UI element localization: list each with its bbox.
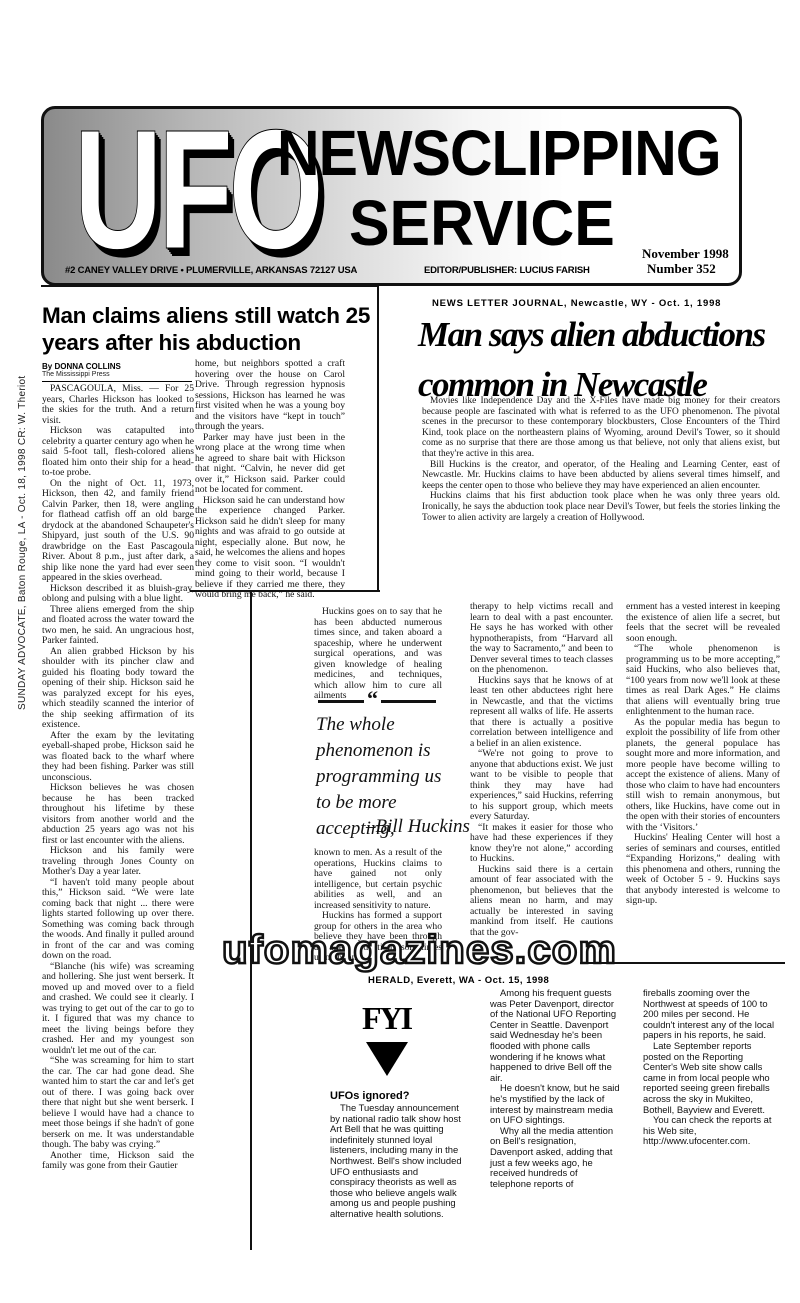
publication-title-line1: NEWSCLIPPING — [277, 121, 721, 185]
fyi-article-column-1: The Tuesday announcement by national rad… — [330, 1103, 465, 1220]
paragraph: After the exam by the levitating eyeball… — [42, 731, 194, 784]
paragraph: Movies like Independence Day and the X-F… — [422, 396, 780, 460]
divider-fyi-top — [580, 962, 785, 964]
paragraph: ernment has a vested interest in keeping… — [626, 602, 780, 644]
paragraph: “We're not going to prove to anyone that… — [470, 749, 613, 823]
paragraph: “She was screaming for him to start the … — [42, 1056, 194, 1151]
paragraph: Huckins says that he knows of at least t… — [470, 676, 613, 750]
fyi-article-headline: UFOs ignored? — [330, 1090, 409, 1102]
fyi-article-column-3: fireballs zooming over the Northwest at … — [643, 988, 778, 1147]
paragraph: home, but neighbors spotted a craft hove… — [195, 359, 345, 433]
watermark: ufomagazines.com — [222, 930, 617, 970]
byline-author: By DONNA COLLINS — [42, 362, 121, 371]
masthead: UFO NEWSCLIPPING SERVICE November 1998 N… — [41, 106, 742, 286]
issue-number: Number 352 — [647, 261, 716, 277]
publisher-address: #2 CANEY VALLEY DRIVE • PLUMERVILLE, ARK… — [65, 265, 357, 276]
paragraph: Parker may have just been in the wrong p… — [195, 433, 345, 496]
left-article-column-1: PASCAGOULA, Miss. — For 25 years, Charle… — [42, 384, 194, 1172]
fyi-logo: FYI — [362, 1000, 411, 1037]
pull-quote-attribution: –Bill Huckins — [366, 816, 470, 838]
byline-divider — [42, 381, 192, 382]
paragraph: Huckins' Healing Center will host a seri… — [626, 833, 780, 907]
paragraph: “It makes it easier for those who have h… — [470, 823, 613, 865]
paragraph: Hickson was catapulted into celebrity a … — [42, 426, 194, 479]
down-arrow-icon — [366, 1042, 408, 1076]
right-article-source: NEWS LETTER JOURNAL, Newcastle, WY - Oct… — [432, 298, 721, 309]
paragraph: Why all the media attention on Bell's re… — [490, 1126, 620, 1190]
paragraph: fireballs zooming over the Northwest at … — [643, 988, 778, 1041]
byline-source: The Mississippi Press — [42, 371, 110, 378]
paragraph: therapy to help victims recall and learn… — [470, 602, 613, 676]
paragraph: Huckins claims that his first abduction … — [422, 491, 780, 523]
fyi-article-source: HERALD, Everett, WA - Oct. 15, 1998 — [368, 975, 549, 986]
paragraph: “I haven't told many people about this,”… — [42, 878, 194, 962]
source-credit-vertical: SUNDAY ADVOCATE, Baton Rouge, LA - Oct. … — [17, 290, 31, 710]
paragraph: “Blanche (his wife) was screaming and ho… — [42, 962, 194, 1057]
paragraph: Hickson said he can understand how the e… — [195, 496, 345, 601]
publication-title-line2: SERVICE — [349, 191, 615, 255]
paragraph: You can check the reports at his Web sit… — [643, 1115, 778, 1147]
paragraph: known to men. As a result of the operati… — [314, 848, 442, 911]
divider-left-box-bottom — [190, 590, 380, 592]
editor-publisher: EDITOR/PUBLISHER: LUCIUS FARISH — [424, 265, 590, 276]
paragraph: He doesn't know, but he said he's mystif… — [490, 1083, 620, 1125]
right-article-headline: Man says alien abductions common in Newc… — [418, 310, 798, 410]
paragraph: Hickson and his family were traveling th… — [42, 846, 194, 878]
right-article-intro: Movies like Independence Day and the X-F… — [422, 396, 780, 523]
left-article-column-2: home, but neighbors spotted a craft hove… — [195, 359, 345, 601]
paragraph: On the night of Oct. 11, 1973, Hickson, … — [42, 479, 194, 584]
left-article-headline: Man claims aliens still watch 25 years a… — [42, 302, 372, 356]
right-article-column-3: ernment has a vested interest in keeping… — [626, 602, 780, 907]
paragraph: Hickson believes he was chosen because h… — [42, 783, 194, 846]
paragraph: Hickson described it as bluish-gray, obl… — [42, 584, 194, 605]
paragraph: The Tuesday announcement by national rad… — [330, 1103, 465, 1220]
paragraph: As the popular media has begun to exploi… — [626, 718, 780, 834]
right-article-column-2: therapy to help victims recall and learn… — [470, 602, 613, 938]
paragraph: Huckins said there is a certain amount o… — [470, 865, 613, 939]
divider-left-article-top — [377, 287, 379, 592]
quote-mark-icon: “ — [364, 688, 381, 710]
divider-left-article-bottom — [250, 590, 252, 1250]
paragraph: Late September reports posted on the Rep… — [643, 1041, 778, 1115]
issue-date: November 1998 — [642, 246, 729, 262]
paragraph: An alien grabbed Hickson by his shoulder… — [42, 647, 194, 731]
fyi-article-column-2: Among his frequent guests was Peter Dave… — [490, 988, 620, 1189]
paragraph: Another time, Hickson said the family wa… — [42, 1151, 194, 1172]
paragraph: “The whole phenomenon is programming us … — [626, 644, 780, 718]
divider-header-stub — [41, 285, 379, 287]
paragraph: Bill Huckins is the creator, and operato… — [422, 460, 780, 492]
paragraph: Three aliens emerged from the ship and f… — [42, 605, 194, 647]
paragraph: PASCAGOULA, Miss. — For 25 years, Charle… — [42, 384, 194, 426]
paragraph: Among his frequent guests was Peter Dave… — [490, 988, 620, 1083]
